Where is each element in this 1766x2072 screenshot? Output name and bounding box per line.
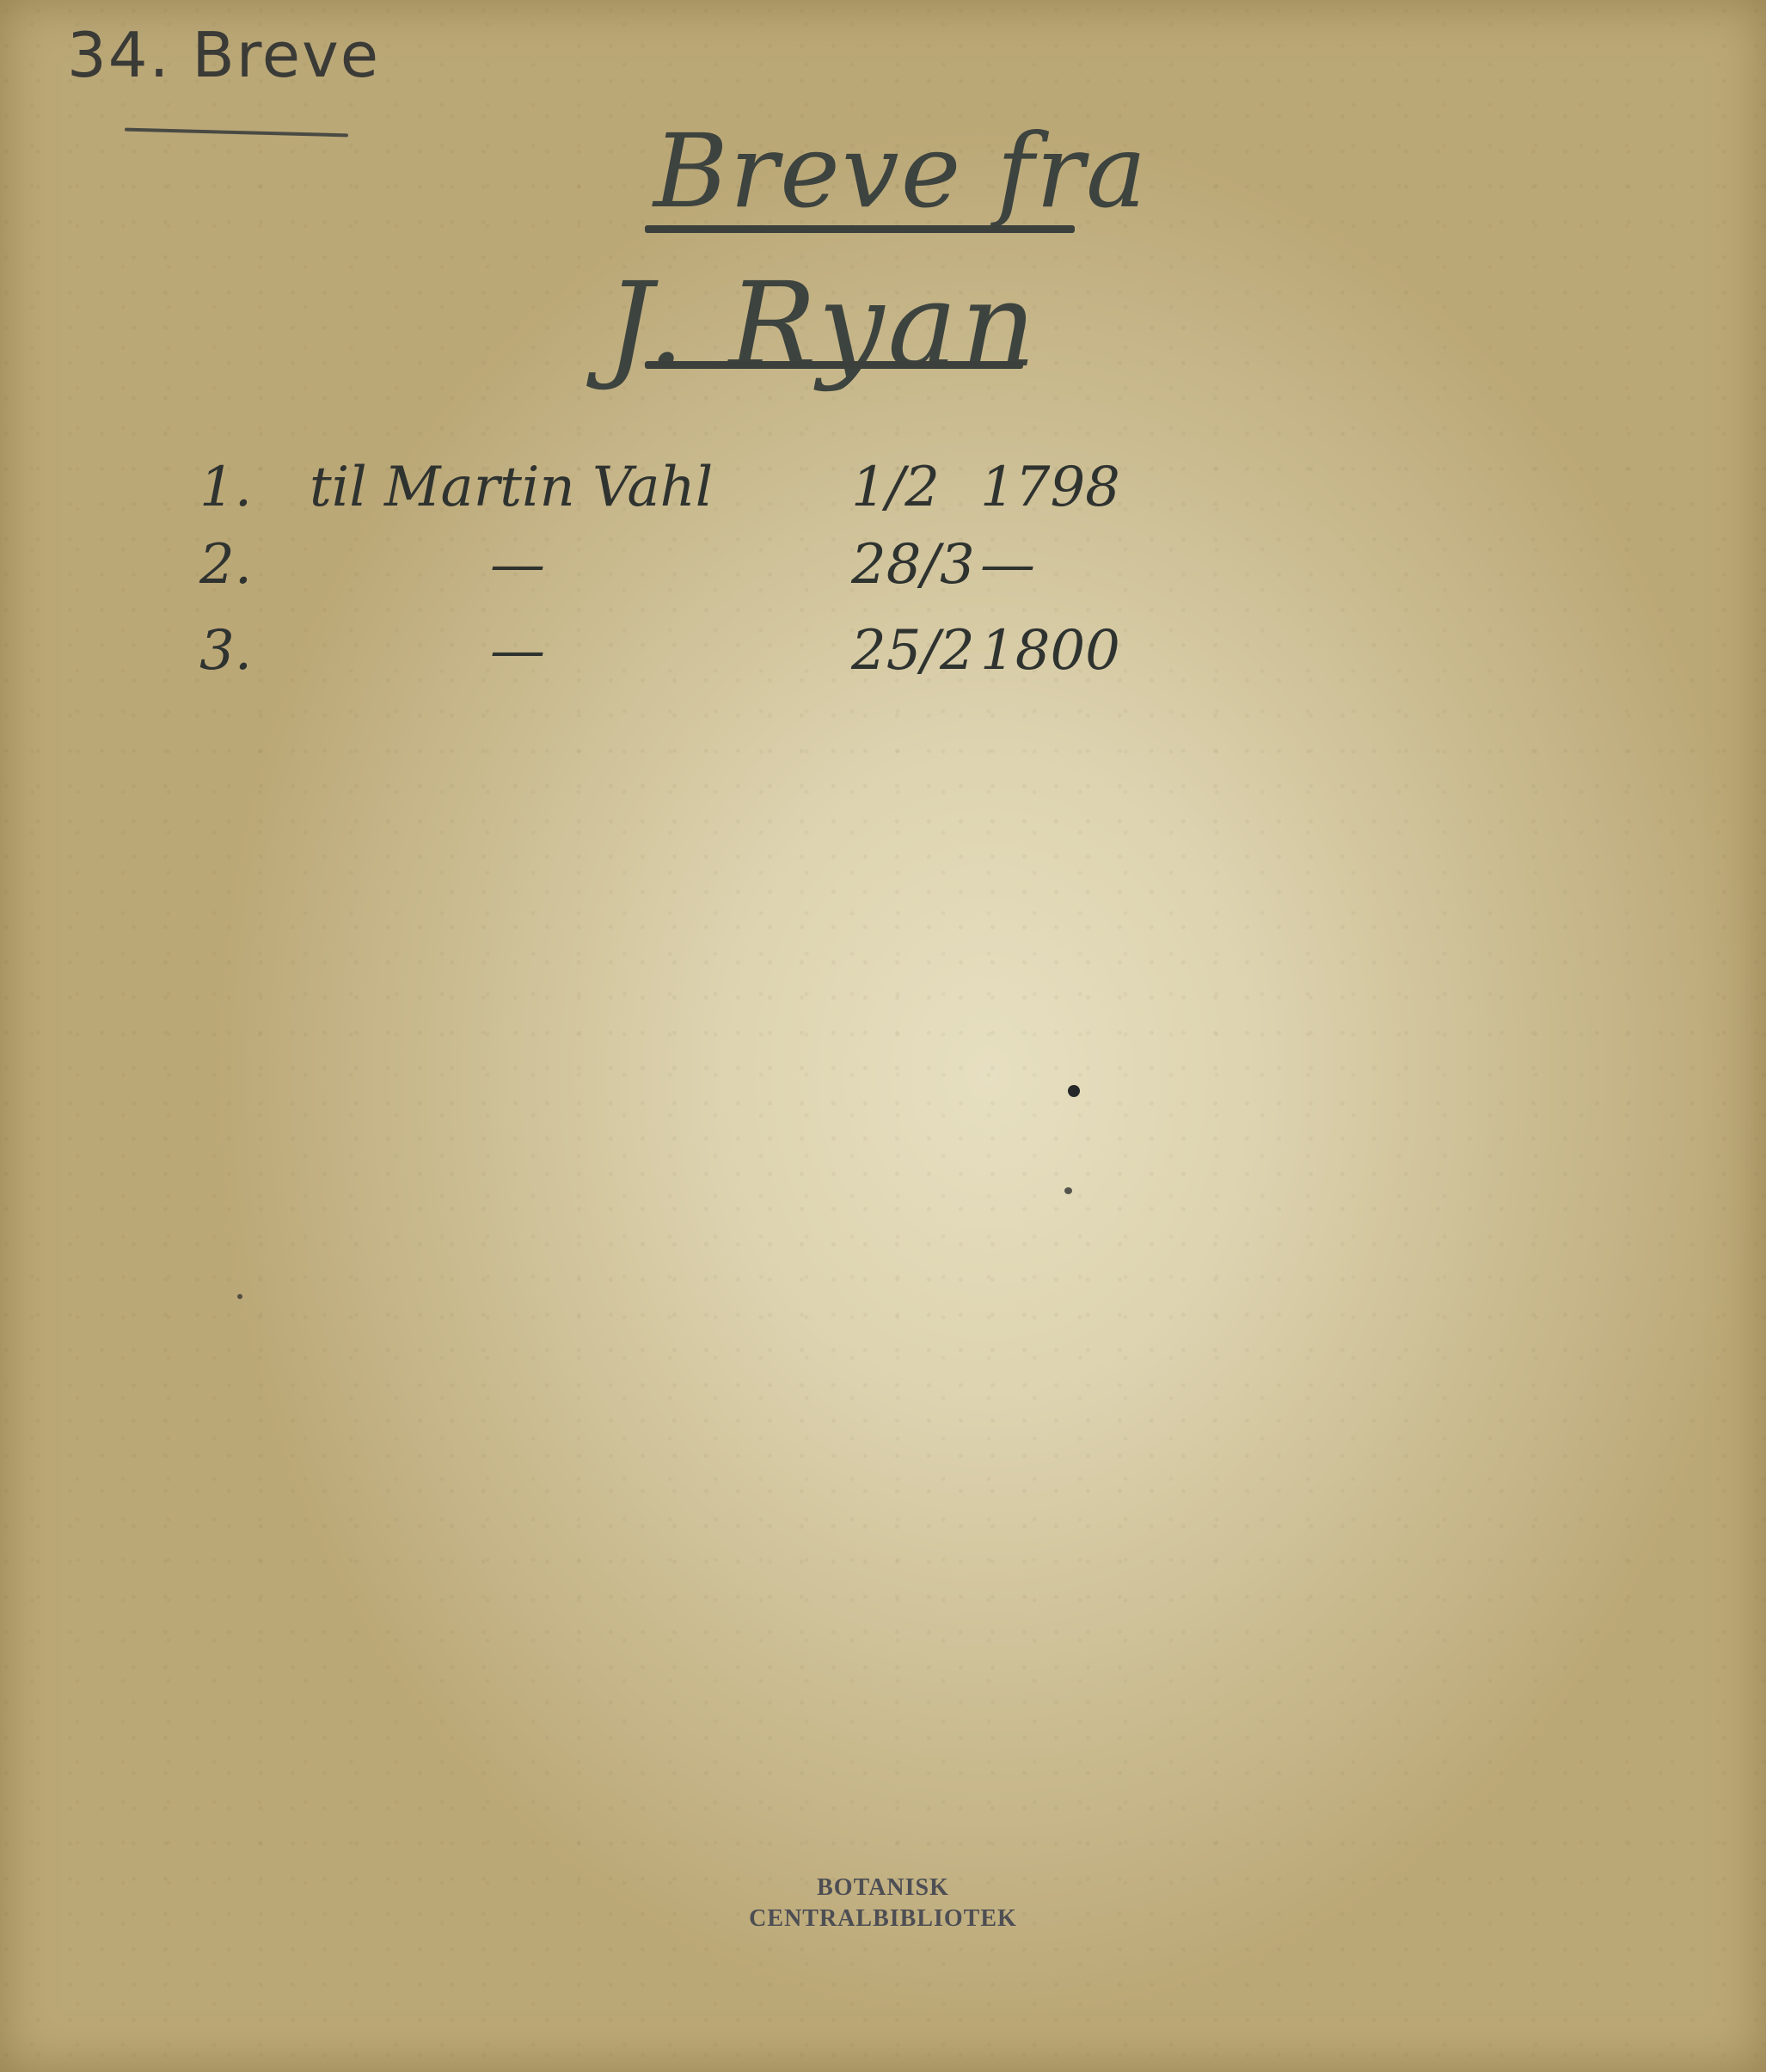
ink-dot bbox=[1068, 1085, 1080, 1097]
title-line-1-underline bbox=[645, 225, 1075, 233]
letter-recipient: til Martin Vahl bbox=[310, 456, 713, 519]
library-stamp-line-1: BOTANISK bbox=[0, 1874, 1766, 1902]
letter-recipient-ditto: — bbox=[490, 533, 545, 597]
letter-date: 1/2 bbox=[851, 456, 940, 519]
letter-recipient-ditto: — bbox=[490, 619, 545, 683]
document-page: 34. Breve Breve fra J. Ryan 1. til Marti… bbox=[0, 0, 1766, 2072]
title-line-2-underline bbox=[645, 361, 1023, 369]
letter-date: 28/3 bbox=[851, 533, 975, 597]
letter-entry: 2. — 28/3 — bbox=[0, 533, 1766, 619]
letter-entry: 3. — 25/2 1800 bbox=[0, 619, 1766, 705]
archive-label: 34. Breve bbox=[67, 19, 380, 91]
letter-year: 1798 bbox=[980, 456, 1120, 519]
letter-number: 1. bbox=[199, 456, 252, 519]
library-stamp-line-2: CENTRALBIBLIOTEK bbox=[0, 1905, 1766, 1933]
letter-entry: 1. til Martin Vahl 1/2 1798 bbox=[0, 456, 1766, 542]
letter-year-ditto: — bbox=[980, 533, 1035, 597]
ink-dot bbox=[1064, 1187, 1072, 1194]
letter-number: 3. bbox=[199, 619, 252, 683]
title-line-2: J. Ryan bbox=[606, 258, 1039, 394]
letter-date: 25/2 bbox=[851, 619, 975, 683]
letter-number: 2. bbox=[199, 533, 252, 597]
ink-dot bbox=[237, 1294, 242, 1299]
archive-label-underline bbox=[125, 128, 348, 138]
letter-year: 1800 bbox=[980, 619, 1120, 683]
title-line-1: Breve fra bbox=[653, 112, 1148, 230]
